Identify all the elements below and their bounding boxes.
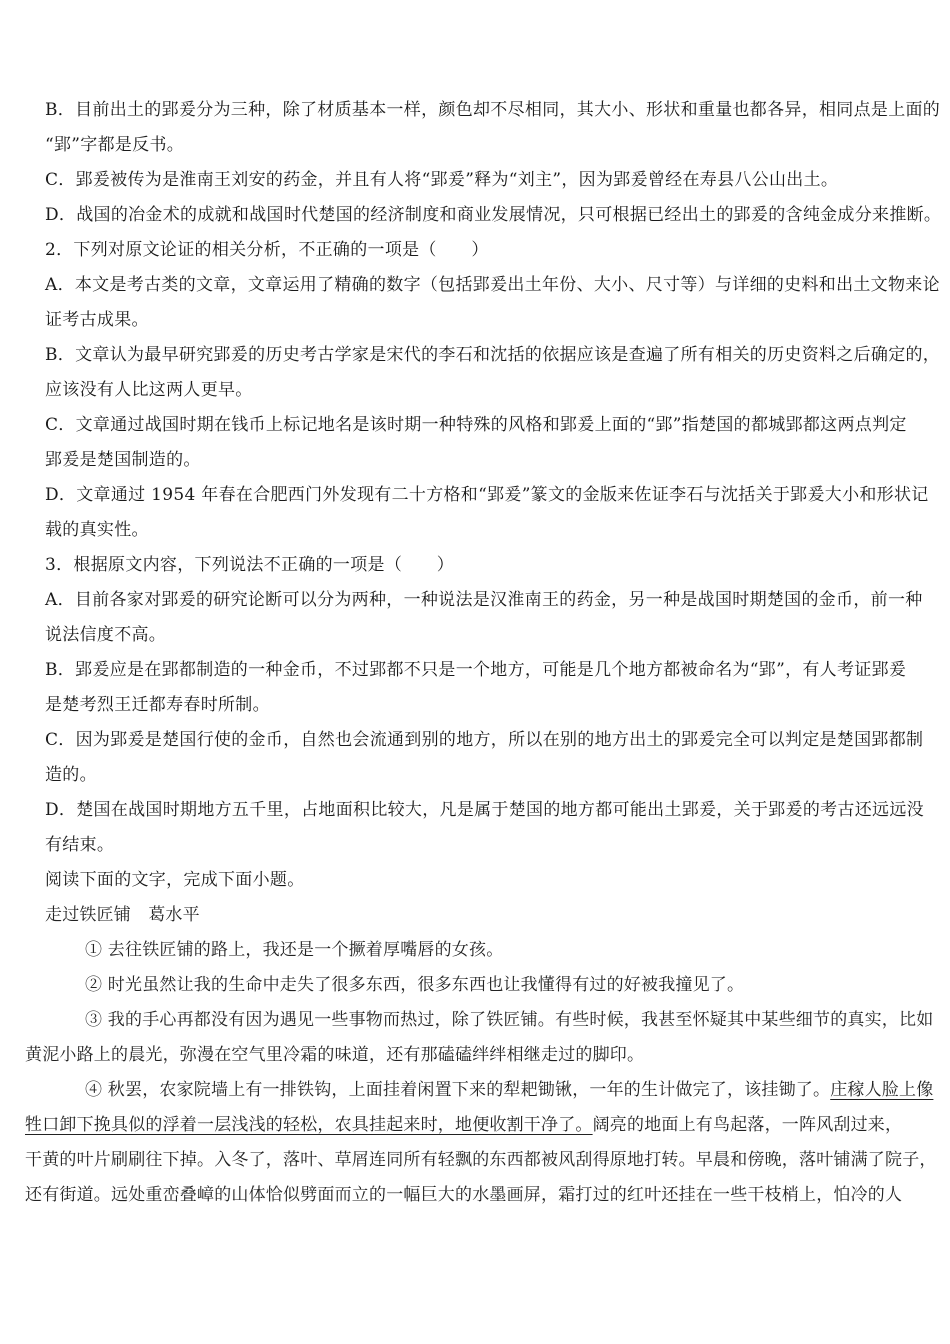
question-stem-line: 3．根据原文内容，下列说法不正确的一项是（ ） (45, 548, 905, 583)
question-option-line: C．文章通过战国时期在钱币上标记地名是该时期一种特殊的风格和郢爰上面的“郢”指楚… (45, 408, 905, 443)
document-lines: B．目前出土的郢爰分为三种，除了材质基本一样，颜色却不尽相同，其大小、形状和重量… (45, 93, 905, 1213)
question-option-line: 应该没有人比这两人更早。 (45, 373, 905, 408)
exam-page: B．目前出土的郢爰分为三种，除了材质基本一样，颜色却不尽相同，其大小、形状和重量… (0, 0, 950, 1344)
prose-continuation-line: 干黄的叶片刷刷往下掉。入冬了，落叶、草屑连同所有轻飘的东西都被风刮得原地打转。早… (25, 1143, 905, 1178)
question-option-line: A．目前各家对郢爰的研究论断可以分为两种，一种说法是汉淮南王的药金，另一种是战国… (45, 583, 905, 618)
question-option-line: A．本文是考古类的文章，文章运用了精确的数字（包括郢爰出土年份、大小、尺寸等）与… (45, 268, 905, 303)
prose-title-line: 走过铁匠铺 葛水平 (45, 898, 905, 933)
prose-first-line: ① 去往铁匠铺的路上，我还是一个撅着厚嘴唇的女孩。 (85, 933, 905, 968)
question-option-line: 造的。 (45, 758, 905, 793)
prose-continuation-line: 牲口卸下挽具似的浮着一层浅浅的轻松，农具挂起来时，地便收割干净了。阔亮的地面上有… (25, 1108, 905, 1143)
question-option-line: “郢”字都是反书。 (45, 128, 905, 163)
prose-first-line: ④ 秋罢，农家院墙上有一排铁钩，上面挂着闲置下来的犁耙锄锹，一年的生计做完了，该… (85, 1073, 905, 1108)
question-option-line: B．文章认为最早研究郢爰的历史考古学家是宋代的李石和沈括的依据应该是查遍了所有相… (45, 338, 905, 373)
question-option-line: 是楚考烈王迁都寿春时所制。 (45, 688, 905, 723)
prose-continuation-line: 黄泥小路上的晨光，弥漫在空气里冷霜的味道，还有那磕磕绊绊相继走过的脚印。 (25, 1038, 905, 1073)
prose-first-line: ③ 我的手心再都没有因为遇见一些事物而热过，除了铁匠铺。有些时候，我甚至怀疑其中… (85, 1003, 905, 1038)
prose-continuation-line: 还有街道。远处重峦叠嶂的山体恰似劈面而立的一幅巨大的水墨画屏，霜打过的红叶还挂在… (25, 1178, 905, 1213)
question-option-line: B．目前出土的郢爰分为三种，除了材质基本一样，颜色却不尽相同，其大小、形状和重量… (45, 93, 905, 128)
reading-instruction-line: 阅读下面的文字，完成下面小题。 (45, 863, 905, 898)
text-segment: ④ 秋罢，农家院墙上有一排铁钩，上面挂着闲置下来的犁耙锄锹，一年的生计做完了，该… (85, 1080, 830, 1100)
question-option-line: C．郢爰被传为是淮南王刘安的药金，并且有人将“郢爰”释为“刘主”，因为郢爰曾经在… (45, 163, 905, 198)
question-option-line: 说法信度不高。 (45, 618, 905, 653)
question-stem-line: 2．下列对原文论证的相关分析，不正确的一项是（ ） (45, 233, 905, 268)
question-option-line: 证考古成果。 (45, 303, 905, 338)
question-option-line: D．文章通过 1954 年春在合肥西门外发现有二十方格和“郢爰”篆文的金版来佐证… (45, 478, 905, 513)
text-segment: 阔亮的地面上有鸟起落，一阵风刮过来， (593, 1115, 903, 1135)
question-option-line: C．因为郢爰是楚国行使的金币，自然也会流通到别的地方，所以在别的地方出土的郢爰完… (45, 723, 905, 758)
question-option-line: 载的真实性。 (45, 513, 905, 548)
question-option-line: D．战国的冶金术的成就和战国时代楚国的经济制度和商业发展情况，只可根据已经出土的… (45, 198, 905, 233)
question-option-line: 郢爰是楚国制造的。 (45, 443, 905, 478)
underlined-text-segment: 庄稼人脸上像 (830, 1080, 933, 1100)
prose-first-line: ② 时光虽然让我的生命中走失了很多东西，很多东西也让我懂得有过的好被我撞见了。 (85, 968, 905, 1003)
question-option-line: B．郢爰应是在郢都制造的一种金币，不过郢都不只是一个地方，可能是几个地方都被命名… (45, 653, 905, 688)
underlined-text-segment: 牲口卸下挽具似的浮着一层浅浅的轻松，农具挂起来时，地便收割干净了。 (25, 1115, 593, 1135)
question-option-line: D．楚国在战国时期地方五千里，占地面积比较大，凡是属于楚国的地方都可能出土郢爰，… (45, 793, 905, 828)
question-option-line: 有结束。 (45, 828, 905, 863)
